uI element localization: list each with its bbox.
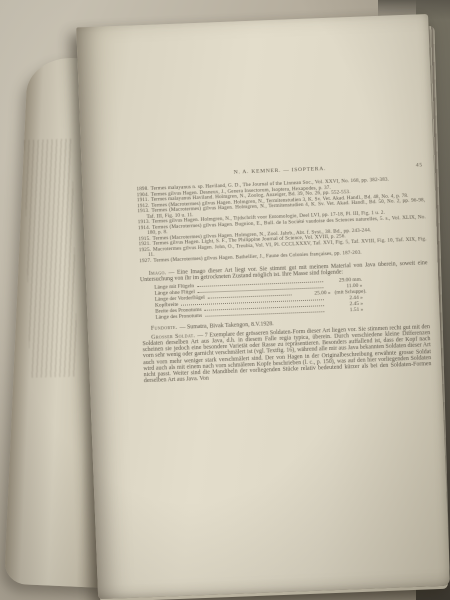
book-page: N. A. KEMNER. — ISOPTERA. 45 1898.Termes… bbox=[76, 14, 450, 599]
imago-text: — Eine Imago dieser Art liegt vor. Sie s… bbox=[140, 260, 428, 283]
page-content: N. A. KEMNER. — ISOPTERA. 45 1898.Termes… bbox=[136, 162, 432, 387]
left-page-text-blur bbox=[24, 139, 78, 378]
page-number: 45 bbox=[416, 162, 423, 168]
measurement-label: Länge des Pronotums bbox=[155, 314, 202, 322]
book-photo: N. A. KEMNER. — ISOPTERA. 45 1898.Termes… bbox=[0, 0, 450, 600]
fundort-text: — Sumatra, Bivak Takengon, 8.V.1928. bbox=[180, 321, 274, 331]
measurement-value: 1.51 » bbox=[327, 308, 363, 315]
soldier-paragraph: Grosser Soldat.— 7 Exemplare der grösser… bbox=[142, 324, 432, 384]
measurement-table: Länge mit Flügeln 29.00 mm. Länge ohne F… bbox=[154, 278, 367, 322]
reference-year: 1927. bbox=[139, 257, 153, 264]
fundort-label: Fundorte. bbox=[151, 325, 178, 332]
reference-list: 1898.Termes malayanus n. sp. Haviland, G… bbox=[136, 176, 427, 264]
